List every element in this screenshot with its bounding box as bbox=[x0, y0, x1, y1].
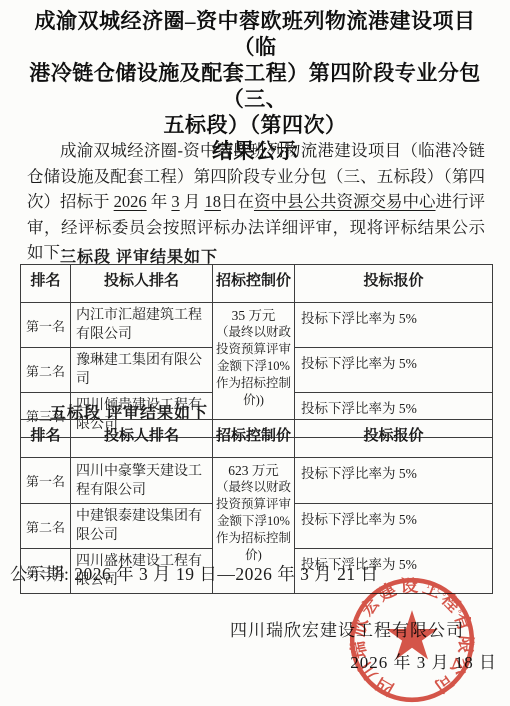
eval-month: 3 bbox=[171, 192, 179, 211]
quote-cell: 投标下浮比率为 5% bbox=[295, 504, 493, 549]
header-quote: 投标报价 bbox=[295, 420, 493, 458]
notice-document: 成渝双城经济圈–资中蓉欧班列物流港建设项目（临 港冷链仓储设施及配套工程）第四阶… bbox=[0, 0, 510, 706]
eval-venue: 资中县公共资源交易中心 bbox=[254, 192, 436, 211]
header-rank: 排名 bbox=[21, 420, 71, 458]
quote-cell: 投标下浮比率为 5% bbox=[295, 348, 493, 393]
header-quote: 投标报价 bbox=[295, 265, 493, 303]
body-text: 日在 bbox=[221, 192, 254, 211]
title-line: 成渝双城经济圈–资中蓉欧班列物流港建设项目（临 bbox=[18, 8, 492, 60]
header-control-price: 招标控制价 bbox=[213, 265, 295, 303]
signature-date: 2026 年 3 月 18 日 bbox=[0, 648, 497, 673]
header-bidder: 投标人排名 bbox=[71, 420, 213, 458]
rank-cell: 第二名 bbox=[21, 348, 71, 393]
control-price-note: （最终以财政投资预算评审金额下浮10%作为招标控制价) bbox=[215, 479, 292, 564]
body-text: 月 bbox=[180, 192, 205, 211]
table-row: 第一名 四川中豪擎天建设工程有限公司 623 万元 （最终以财政投资预算评审金额… bbox=[21, 458, 493, 504]
title-line: 五标段）（第四次） bbox=[18, 112, 492, 138]
bidder-cell: 中建银泰建设集团有限公司 bbox=[71, 504, 213, 549]
bidder-cell: 内江市汇超建筑工程有限公司 bbox=[71, 303, 213, 348]
rank-cell: 第二名 bbox=[21, 504, 71, 549]
rank-cell: 第一名 bbox=[21, 303, 71, 348]
header-rank: 排名 bbox=[21, 265, 71, 303]
title-line: 港冷链仓储设施及配套工程）第四阶段专业分包（三、 bbox=[18, 60, 492, 112]
eval-day: 18 bbox=[204, 192, 221, 211]
control-price-cell: 35 万元 （最终以财政投资预算评审金额下浮10%作为招标控制价)) bbox=[213, 303, 295, 438]
header-control-price: 招标控制价 bbox=[213, 420, 295, 458]
eval-year: 2026 bbox=[114, 192, 147, 211]
rank-cell: 第一名 bbox=[21, 458, 71, 504]
quote-cell: 投标下浮比率为 5% bbox=[295, 303, 493, 348]
header-bidder: 投标人排名 bbox=[71, 265, 213, 303]
table-header-row: 排名 投标人排名 招标控制价 投标报价 bbox=[21, 265, 493, 303]
signer-company-name: 四川瑞欣宏建设工程有限公司 bbox=[0, 616, 464, 641]
bidder-cell: 四川中豪擎天建设工程有限公司 bbox=[71, 458, 213, 504]
publicity-period: 公示期: 2026 年 3 月 19 日—2026 年 3 月 21 日 bbox=[10, 561, 379, 586]
control-price-amount: 623 万元 bbox=[215, 462, 292, 479]
table-row: 第一名 内江市汇超建筑工程有限公司 35 万元 （最终以财政投资预算评审金额下浮… bbox=[21, 303, 493, 348]
control-price-note: （最终以财政投资预算评审金额下浮10%作为招标控制价)) bbox=[215, 324, 292, 409]
bidder-cell: 豫琳建工集团有限公司 bbox=[71, 348, 213, 393]
body-text: 年 bbox=[147, 192, 172, 211]
quote-cell: 投标下浮比率为 5% bbox=[295, 458, 493, 504]
table-header-row: 排名 投标人排名 招标控制价 投标报价 bbox=[21, 420, 493, 458]
control-price-amount: 35 万元 bbox=[215, 307, 292, 324]
